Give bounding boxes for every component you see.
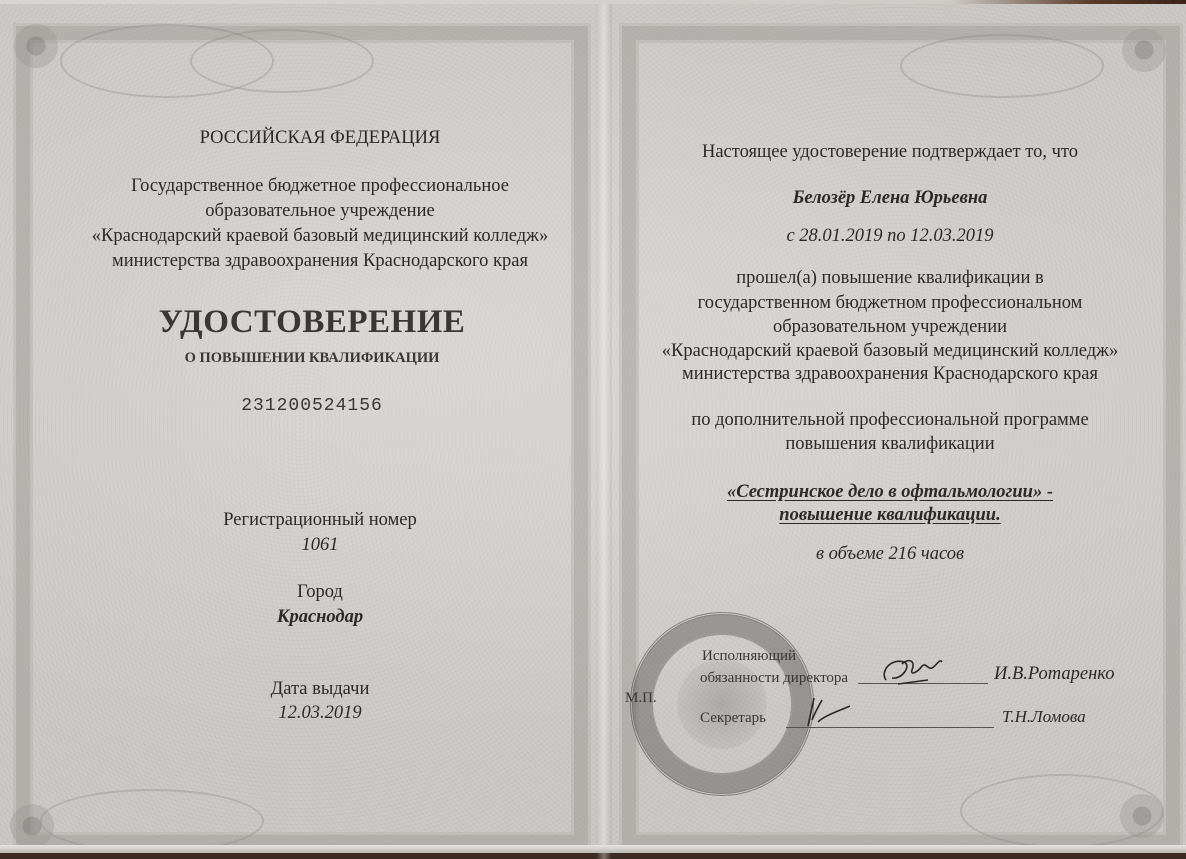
stamp-label: М.П. [625, 690, 657, 707]
signatory-role: Секретарь [700, 710, 766, 727]
official-seal [630, 612, 814, 796]
signatory-role: обязанности директора [700, 670, 848, 687]
country-heading: РОССИЙСКАЯ ФЕДЕРАЦИЯ [40, 128, 600, 149]
city-value: Краснодар [40, 607, 600, 628]
signatory-name: И.В.Ротаренко [994, 664, 1114, 685]
program-line: повышения квалификации [620, 434, 1160, 455]
institution-line: министерства здравоохранения Краснодарск… [40, 251, 600, 272]
director-signature-icon [878, 650, 958, 690]
guilloche-swirl [900, 34, 1104, 98]
left-guilloche-frame [16, 26, 588, 849]
city-label: Город [40, 582, 600, 603]
completed-line: министерства здравоохранения Краснодарск… [620, 364, 1160, 385]
recipient-name: Белозёр Елена Юрьевна [620, 188, 1160, 209]
registration-label: Регистрационный номер [40, 510, 600, 531]
completed-line: прошел(а) повышение квалификации в [620, 268, 1160, 289]
completed-line: государственном бюджетном профессиональн… [620, 293, 1160, 314]
institution-line: Государственное бюджетное профессиональн… [40, 176, 600, 197]
sheet-edge [0, 845, 1186, 853]
training-period: с 28.01.2019 по 12.03.2019 [620, 226, 1160, 247]
institution-line: образовательное учреждение [40, 201, 600, 222]
program-name: «Сестринское дело в офтальмологии» - [620, 482, 1160, 503]
serial-number: 231200524156 [32, 396, 592, 416]
training-volume: в объеме 216 часов [620, 544, 1160, 565]
corner-ornament-icon [5, 15, 67, 77]
secretary-signature-icon [800, 690, 860, 730]
guilloche-swirl [960, 774, 1164, 848]
certificate-subtitle: О ПОВЫШЕНИИ КВАЛИФИКАЦИИ [32, 350, 592, 367]
guilloche-swirl [190, 29, 374, 93]
registration-number: 1061 [40, 535, 600, 556]
signatory-name: Т.Н.Ломова [1002, 707, 1086, 727]
certificate-title: УДОСТОВЕРЕНИЕ [32, 304, 592, 341]
guilloche-swirl [40, 789, 264, 853]
program-line: по дополнительной профессиональной прогр… [620, 410, 1160, 431]
completed-line: «Краснодарский краевой базовый медицинск… [620, 341, 1160, 362]
institution-line: «Краснодарский краевой базовый медицинск… [40, 226, 600, 247]
corner-ornament-icon [1113, 19, 1175, 81]
issue-date-label: Дата выдачи [40, 679, 600, 700]
issue-date: 12.03.2019 [40, 703, 600, 724]
program-name: повышение квалификации. [620, 505, 1160, 526]
completed-line: образовательном учреждении [620, 317, 1160, 338]
intro-text: Настоящее удостоверение подтверждает то,… [620, 142, 1160, 163]
signatory-role: Исполняющий [702, 648, 796, 665]
